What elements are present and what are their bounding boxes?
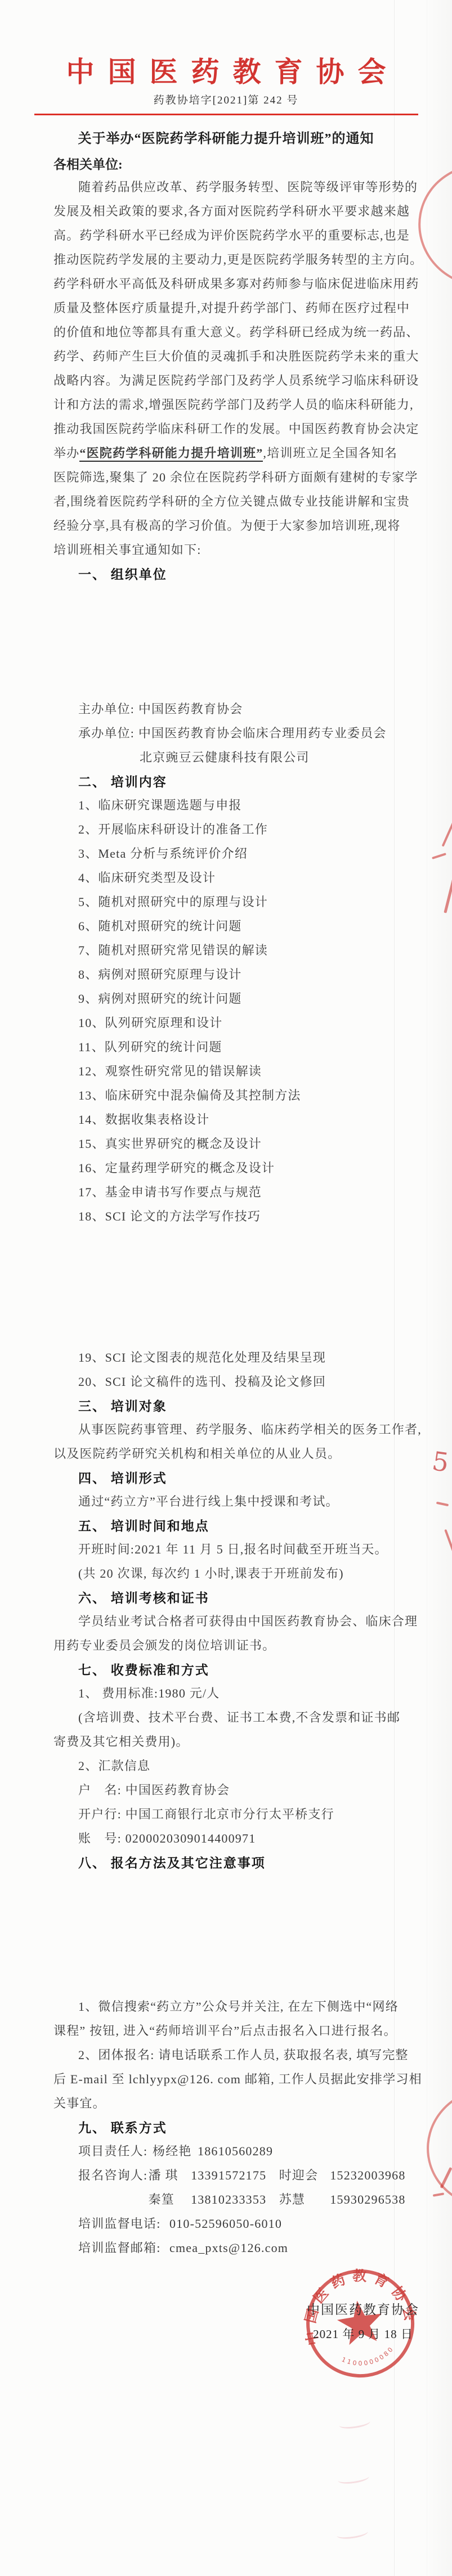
intro-line: 推动我国医院药学临床科研工作的发展。中国医药教育协会决定 [53, 417, 418, 441]
training-item: 18、SCI 论文的方法学写作技巧 [78, 1204, 418, 1228]
training-item: 16、定量药理学研究的概念及设计 [78, 1156, 418, 1180]
training-item: 19、SCI 论文图表的规范化处理及结果呈现 [78, 1345, 418, 1370]
contact-name: 潘 琪 [149, 2163, 191, 2187]
training-item: 5、随机对照研究中的原理与设计 [78, 890, 418, 914]
training-item: 1、临床研究课题选题与申报 [78, 793, 418, 817]
signature-date: 2021 年 9 月 18 日 [307, 2325, 419, 2342]
intro-line: 随着药品供应改革、药学服务转型、医院等级评审等形势的 [53, 175, 418, 199]
schedule-line: 开班时间:2021 年 11 月 5 日,报名时间截至开班当天。 [53, 1537, 418, 1561]
signature-org: 中国医药教育协会 [307, 2299, 419, 2318]
intro-line: 的价值和地位等都具有重大意义。药学科研已经成为统一药品、 [53, 320, 418, 344]
intro-line: 培训班相关事宜通知如下: [53, 538, 418, 562]
doc-title: 关于举办“医院药学科研能力提升培训班”的通知 [0, 129, 452, 149]
section-heading-schedule: 五、 培训时间和地点 [78, 1518, 418, 1535]
format-line: 通过“药立方”平台进行线上集中授课和考试。 [53, 1489, 418, 1514]
contact-phone: 15232003968 [330, 2163, 418, 2187]
registration-line: 1、微信搜索“药立方”公众号并关注, 在左下侧选中“网络 [53, 1994, 418, 2019]
registration-line: 关事宜。 [53, 2091, 418, 2115]
contact-row-consult-1: 报名咨询人: 潘 琪 13391572175 时迎会 15232003968 [78, 2163, 418, 2187]
training-item: 11、队列研究的统计问题 [78, 1035, 418, 1059]
training-item: 17、基金申请书写作要点与规范 [78, 1180, 418, 1204]
audience-line: 从事医院药事管理、药学服务、临床药学相关的医务工作者, [53, 1417, 418, 1442]
remit-heading: 2、汇款信息 [53, 1754, 418, 1778]
supervise-mail-row: 培训监督邮箱:cmea_pxts@126.com [78, 2236, 418, 2260]
certificate-line: 学员结业考试合格者可获得由中国医药教育协会、临床合理 [53, 1609, 418, 1633]
contact-name: 时迎会 [279, 2163, 330, 2187]
intro-line: 发展及相关政策的要求,各方面对医院药学科研水平要求越来越 [53, 199, 418, 223]
training-item: 12、观察性研究常见的错误解读 [78, 1059, 418, 1083]
contact-phone: 13391572175 [191, 2163, 279, 2187]
training-item: 9、病例对照研究的统计问题 [78, 987, 418, 1011]
doc-number: 药教协培字[2021]第 242 号 [0, 93, 452, 108]
training-item: 8、病例对照研究原理与设计 [78, 962, 418, 987]
section-heading-content: 二、 培训内容 [78, 774, 418, 791]
intro-line: 药学、药师产生巨大价值的灵魂抓手和决胜医院药学未来的重大 [53, 344, 418, 368]
contact-name: 苏慧 [279, 2187, 330, 2212]
registration-line: 后 E-mail 至 lchlyypx@126. com 邮箱, 工作人员据此安… [53, 2067, 418, 2091]
contact-row-consult-2: 秦篁 13810233353 苏慧 15930296538 [78, 2187, 418, 2212]
letterhead-org-name: 中国医药教育协会 [0, 0, 452, 90]
salutation: 各相关单位: [0, 155, 452, 175]
contact-row-pm: 项目责任人: 杨经艳 18610560289 [78, 2139, 418, 2163]
registration-line: 2、团体报名: 请电话联系工作人员, 获取报名表, 填写完整 [53, 2043, 418, 2067]
fee-note: (含培训费、技术平台费、证书工本费,不含发票和证书邮 [53, 1705, 418, 1730]
intro-paragraph: 随着药品供应改革、药学服务转型、医院等级评审等形势的 发展及相关政策的要求,各方… [53, 175, 418, 562]
fee-note: 寄费及其它相关费用)。 [53, 1730, 418, 1754]
training-item: 20、SCI 论文稿件的选刊、投稿及论文修回 [78, 1370, 418, 1394]
contact-name: 杨经艳 [153, 2139, 198, 2163]
supervise-mail-label: 培训监督邮箱: [78, 2236, 169, 2260]
supervise-phone: 010-52596050-6010 [169, 2217, 282, 2231]
contact-label-spacer [78, 2187, 149, 2212]
training-item: 4、临床研究类型及设计 [78, 866, 418, 890]
ink-ghost-mark [336, 2527, 369, 2541]
registration-line: 课程” 按钮, 进入“药师培训平台”后点击报名入口进行报名。 [53, 2019, 418, 2043]
supervise-mail: cmea_pxts@126.com [169, 2241, 288, 2255]
intro-line: 经验分享,具有极高的学习价值。为便于大家参加培训班,现将 [53, 514, 418, 538]
intro-line: 计和方法的需求,增强医院药学部门及药学人员的临床科研能力, [53, 393, 418, 417]
section-heading-audience: 三、 培训对象 [78, 1398, 418, 1415]
contact-label: 项目责任人: [78, 2139, 153, 2163]
section-heading-contacts: 九、 联系方式 [78, 2120, 418, 2137]
emph-post: ,培训班立足全国各知名 [263, 446, 397, 460]
organizer-unit-2: 北京豌豆云健康科技有限公司 [53, 745, 418, 769]
fee-standard: 1、 费用标准:1980 元/人 [53, 1681, 418, 1705]
section-heading-fees: 七、 收费标准和方式 [78, 1662, 418, 1679]
training-item: 14、数据收集表格设计 [78, 1107, 418, 1132]
scan-line [394, 0, 395, 2576]
intro-line: 药学科研水平高低及科研成果多寡对药师参与临床促进临床用药 [53, 272, 418, 296]
training-item: 2、开展临床科研设计的准备工作 [78, 817, 418, 841]
intro-line: 医院筛选,聚集了 20 余位在医院药学科研方面颇有建树的专家学 [53, 465, 418, 489]
section-heading-organizers: 一、 组织单位 [78, 566, 418, 583]
letterhead-rule [34, 114, 418, 115]
training-item: 7、随机对照研究常见错误的解读 [78, 938, 418, 962]
section-heading-registration: 八、 报名方法及其它注意事项 [78, 1855, 418, 1872]
document-page: 中国医药教育协会 药教协培字[2021]第 242 号 关于举办“医院药学科研能… [0, 0, 452, 2576]
bank-name: 开户行: 中国工商银行北京市分行太平桥支行 [53, 1802, 418, 1826]
intro-line: 战略内容。为满足医院药学部门及药学人员系统学习临床科研设 [53, 368, 418, 393]
contact-name: 秦篁 [149, 2187, 191, 2212]
course-name-emphasis: “医院药学科研能力提升培训班” [79, 446, 263, 462]
training-item: 6、随机对照研究的统计问题 [78, 914, 418, 938]
supervise-phone-label: 培训监督电话: [78, 2212, 169, 2236]
schedule-line: (共 20 次课, 每次约 1 小时,课表于开班前发布) [53, 1561, 418, 1586]
training-item: 13、临床研究中混杂偏倚及其控制方法 [78, 1083, 418, 1107]
page-break-gap [53, 1228, 418, 1345]
document-body: 随着药品供应改革、药学服务转型、医院等级评审等形势的 发展及相关政策的要求,各方… [0, 175, 452, 2260]
audience-line: 以及医院药学研究关机构和相关单位的从业人员。 [53, 1442, 418, 1466]
contact-phone: 13810233353 [191, 2187, 279, 2212]
training-items-list: 1、临床研究课题选题与申报2、开展临床科研设计的准备工作3、Meta 分析与系统… [53, 793, 418, 1228]
account-number: 账 号: 0200020309014400971 [53, 1826, 418, 1850]
intro-line: 高。药学科研水平已经成为评价医院药学水平的重要标志,也是 [53, 223, 418, 247]
account-name: 户 名: 中国医药教育协会 [53, 1778, 418, 1802]
official-seal: 中国医药教育协会 1100000080862 [296, 2258, 426, 2389]
supervise-phone-row: 培训监督电话:010-52596050-6010 [78, 2212, 418, 2236]
page-break-gap [53, 1874, 418, 1994]
ink-ghost-mark [337, 2471, 370, 2485]
contact-label: 报名咨询人: [78, 2163, 149, 2187]
emph-pre: 举办 [53, 446, 79, 460]
training-items-list-continued: 19、SCI 论文图表的规范化处理及结果呈现20、SCI 论文稿件的选刊、投稿及… [53, 1345, 418, 1394]
host-unit: 主办单位: 中国医药教育协会 [78, 697, 418, 721]
training-item: 10、队列研究原理和设计 [78, 1011, 418, 1035]
contact-phone: 15930296538 [330, 2187, 418, 2212]
certificate-line: 用药专业委员会颁发的岗位培训证书。 [53, 1633, 418, 1658]
training-item: 15、真实世界研究的概念及设计 [78, 1132, 418, 1156]
intro-line-emphasis: 举办“医院药学科研能力提升培训班”,培训班立足全国各知名 [53, 441, 418, 465]
organizer-unit: 承办单位: 中国医药教育协会临床合理用药专业委员会 [78, 721, 418, 745]
contact-phone: 18610560289 [198, 2139, 291, 2163]
ink-ghost-mark [338, 2416, 371, 2430]
intro-line: 质量及整体医疗质量提升,对提升药学部门、药师在医疗过程中 [53, 296, 418, 320]
section-heading-certificate: 六、 培训考核和证书 [78, 1590, 418, 1607]
intro-line: 者,围绕着医院药学科研的全方位关键点做专业技能讲解和宝贵 [53, 489, 418, 514]
training-item: 3、Meta 分析与系统评价介绍 [78, 841, 418, 866]
section-heading-format: 四、 培训形式 [78, 1470, 418, 1487]
intro-line: 推动医院药学发展的主要动力,更是医院药学服务转型的主方向。 [53, 247, 418, 272]
page-break-gap [53, 586, 418, 697]
